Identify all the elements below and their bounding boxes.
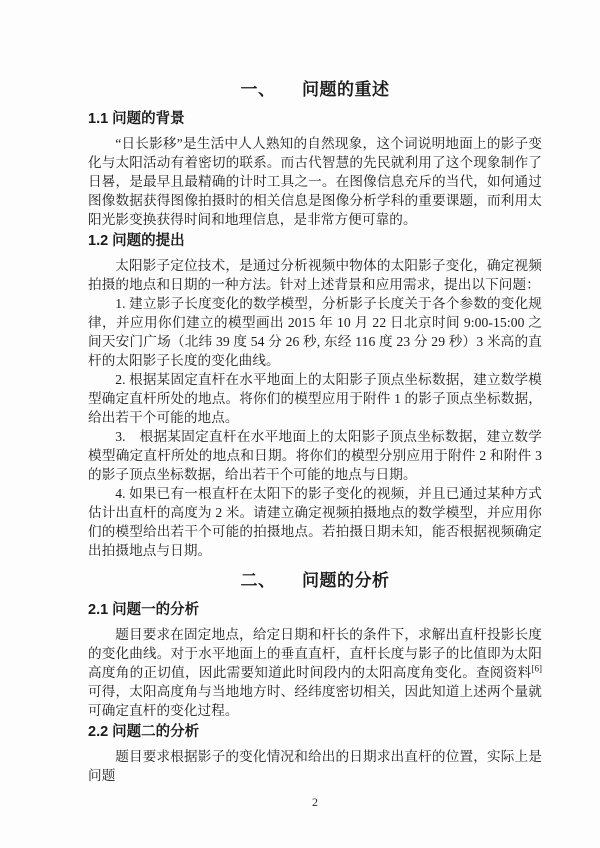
paragraph-question-3: 3. 根据某固定直杆在水平地面上的太阳影子顶点坐标数据，建立数学模型确定直杆所处… [88,427,542,484]
paragraph-proposal-intro: 太阳影子定位技术，是通过分析视频中物体的太阳影子变化，确定视频拍摄的地点和日期的… [88,256,542,294]
section-heading-2-2: 2.2 问题二的分析 [88,725,542,740]
paragraph-analysis-problem1: 题目要求在固定地点，给定日期和杆长的条件下，求解出直杆投影长度的变化曲线。对于水… [88,625,542,720]
analysis-problem1-text-before-ref: 题目要求在固定地点，给定日期和杆长的条件下，求解出直杆投影长度的变化曲线。对于水… [88,627,542,680]
paragraph-question-4: 4. 如果已有一根直杆在太阳下的影子变化的视频，并且已通过某种方式估计出直杆的高… [88,484,542,560]
paragraph-analysis-problem2: 题目要求根据影子的变化情况和给出的日期求出直杆的位置，实际上是问题 [88,747,542,785]
section-heading-1-1: 1.1 问题的背景 [88,112,542,127]
paragraph-background: “日长影移”是生活中人人熟知的自然现象，这个词说明地面上的影子变化与太阳活动有着… [88,134,542,229]
page-number: 2 [88,795,542,809]
section-heading-1-2: 1.2 问题的提出 [88,234,542,249]
paragraph-question-1: 1. 建立影子长度变化的数学模型，分析影子长度关于各个参数的变化规律，并应用你们… [88,294,542,370]
chapter-2-title: 二、 问题的分析 [88,571,542,591]
section-heading-2-1: 2.1 问题一的分析 [88,603,542,618]
document-page: 一、 问题的重述 1.1 问题的背景 “日长影移”是生活中人人熟知的自然现象，这… [0,0,600,848]
chapter-1-title: 一、 问题的重述 [88,80,542,100]
citation-ref-marker: [6] [532,663,543,673]
paragraph-question-2: 2. 根据某固定直杆在水平地面上的太阳影子顶点坐标数据，建立数学模型确定直杆所处… [88,370,542,427]
analysis-problem1-text-after-ref: 可得，太阳高度角与当地地方时、经纬度密切相关，因此知道上述两个量就可确定直杆的变… [88,684,542,718]
